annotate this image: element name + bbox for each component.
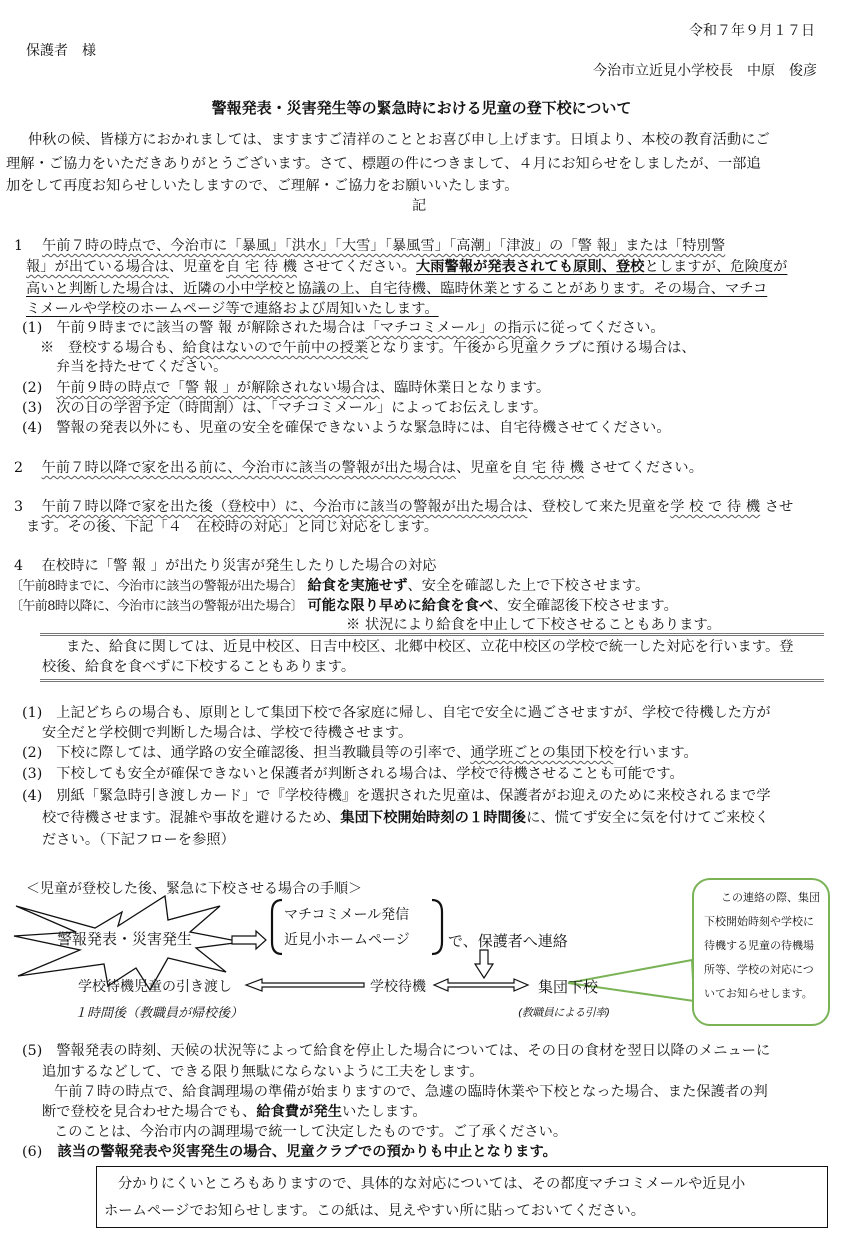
section-1-line: ミメールや学校のホームページ等で連絡および周知いたします。 [26, 299, 439, 319]
condition-note: ※ 状況により給食を中止して下校させることもあります。 [346, 615, 721, 635]
list-item-cont: 断で登校を見合わせた場合でも、給食費が発生いたします。 [42, 1102, 427, 1122]
wait-label: 学校待機 [370, 976, 426, 996]
channel-homepage: 近見小ホームページ [284, 929, 410, 949]
list-item-cont: 安全だと学校側で判断した場合は、学校で待機させます。 [42, 723, 412, 743]
intro-line: 仲秋の候、皆様方におかれましては、ますますご清祥のこととお喜び申し上げます。日頃… [28, 130, 770, 150]
page-title: 警報発表・災害発生等の緊急時における児童の登下校について [0, 97, 843, 118]
sender: 今治市立近見小学校長 中原 俊彦 [593, 60, 817, 80]
list-item-cont: 午前７時の時点で、給食調理場の準備が始まりますので、急遽の臨時休業や下校となった… [54, 1082, 768, 1102]
list-item: (5) 警報発表の時刻、天候の状況等によって給食を停止した場合については、その日… [22, 1041, 770, 1061]
list-item-cont: ださい。（下記フローを参照） [42, 830, 235, 850]
list-item: (1) 午前９時までに該当の警 報 が解除された場合は「マチコミメール」の指示に… [22, 318, 665, 338]
arrow-down-icon [475, 950, 493, 978]
date: 令和７年９月１７日 [689, 20, 815, 40]
section-1-line: 報」が出ている場合は、児童を自 宅 待 機 させてください。大雨警報が発表されて… [26, 257, 787, 277]
recipient: 保護者 様 [26, 40, 96, 60]
handover-label: 学校待機児童の引き渡し [78, 976, 232, 996]
contact-label: で、保護者へ連絡 [448, 930, 568, 951]
section-3-line: ます。その後、下記「４ 在校時の対応」と同じ対応をします。 [26, 517, 438, 537]
intro-line: 理解・ご協力をいただきありがとうございます。さて、標題の件につきまして、４月にお… [6, 154, 761, 174]
list-item: (1) 上記どちらの場合も、原則として集団下校で各家庭に帰し、自宅で安全に過ごさ… [22, 703, 771, 723]
section-1-line: 午前７時の時点で、今治市に「暴風」「洪水」「大雪」「暴風雪」「高潮」「津波」の「… [42, 236, 725, 256]
lunch-notice-line: また、給食に関しては、近見中校区、日吉中校区、北郷中校区、立花中校区の学校で統一… [66, 637, 794, 657]
list-item-cont: 追加するなどして、できる限り無駄にならないように工夫をします。 [42, 1062, 484, 1082]
list-item: (6) 該当の警報発表や災害発生の場合、児童クラブでの預かりも中止となります。 [22, 1142, 557, 1162]
list-item: (4) 別紙「緊急時引き渡しカード」で『学校待機』を選択された児童は、保護者がお… [22, 786, 771, 806]
left-bracket-icon [272, 900, 282, 954]
list-item: (3) 下校しても安全が確保できないと保護者が判断される場合は、学校で待機させる… [22, 764, 684, 784]
section-3: 3 午前７時以降で家を出た後（登校中）に、今治市に該当の警報が出た場合は、登校し… [14, 497, 793, 517]
right-bracket-icon [432, 900, 442, 954]
intro-line: 加をして再度お知らせしいたしますので、ご理解・ご協力をお願いいたします。 [6, 176, 519, 196]
arrow-both-icon [434, 979, 528, 991]
burst-label: 警報発表・災害発生 [57, 928, 192, 949]
list-item-cont: このことは、今治市内の調理場で統一して決定したものです。ご了承ください。 [54, 1122, 567, 1142]
list-item-note-cont: 弁当を持たせてください。 [56, 357, 227, 377]
list-item: (4) 警報の発表以外にも、児童の安全を確保できないような緊急時には、自宅待機さ… [22, 418, 671, 438]
callout-text: この連絡の際、集団 下校開始時刻や学校に 待機する児童の待機場 所等、学校の対応… [704, 886, 820, 1006]
list-item: (2) 下校に際しては、通学路の安全確認後、担当教職員等の引率で、通学班ごとの集… [22, 743, 698, 763]
list-item: (2) 午前９時の時点で「警 報 」が解除されない場合は、臨時休業日となります。 [22, 378, 550, 398]
list-item-cont: 校で待機させます。混雑や事故を避けるため、集団下校開始時刻の１時間後に、慌てず安… [42, 808, 769, 828]
handover-note: １時間後（教職員が帰校後） [74, 1002, 243, 1021]
section-4-heading: 4 在校時に「警 報 」が出たり災害が発生したりした場合の対応 [14, 556, 437, 576]
ki-label: 記 [412, 196, 426, 216]
section-2: 2 午前７時以降で家を出る前に、今治市に該当の警報が出た場合は、児童を自 宅 待… [14, 458, 703, 478]
section-number: 1 [14, 236, 23, 256]
condition-row: 〔午前8時以降に、今治市に該当の警報が出た場合〕 可能な限り早めに給食を食べ、安… [10, 596, 678, 617]
group-label: 集団下校 [538, 976, 598, 997]
lunch-notice-line: 校後、給食を食べずに下校することもあります。 [42, 657, 355, 677]
channel-mail: マチコミメール発信 [284, 904, 409, 924]
condition-row: 〔午前8時までに、今治市に該当の警報が出た場合〕 給食を実施せず、安全を確認した… [10, 576, 649, 597]
arrow-left-icon [246, 979, 364, 991]
list-item: (3) 次の日の学習予定（時間割）は、「マチコミメール」によってお伝えします。 [22, 398, 547, 418]
footer-line: ホームページでお知らせします。この紙は、見えやすい所に貼っておいてください。 [104, 1201, 645, 1221]
section-1-line: 高いと判断した場合は、近隣の小中学校と協議の上、自宅待機、臨時休業とすることがあ… [26, 279, 767, 299]
list-item-note: ※ 登校する場合も、給食はないので午前中の授業となります。午後から児童クラブに預… [40, 338, 696, 358]
group-note: (教職員による引率) [518, 1004, 610, 1020]
footer-line: 分かりにくいところもありますので、具体的な対応については、その都度マチコミメール… [118, 1174, 745, 1194]
arrow-right-icon [232, 931, 266, 949]
